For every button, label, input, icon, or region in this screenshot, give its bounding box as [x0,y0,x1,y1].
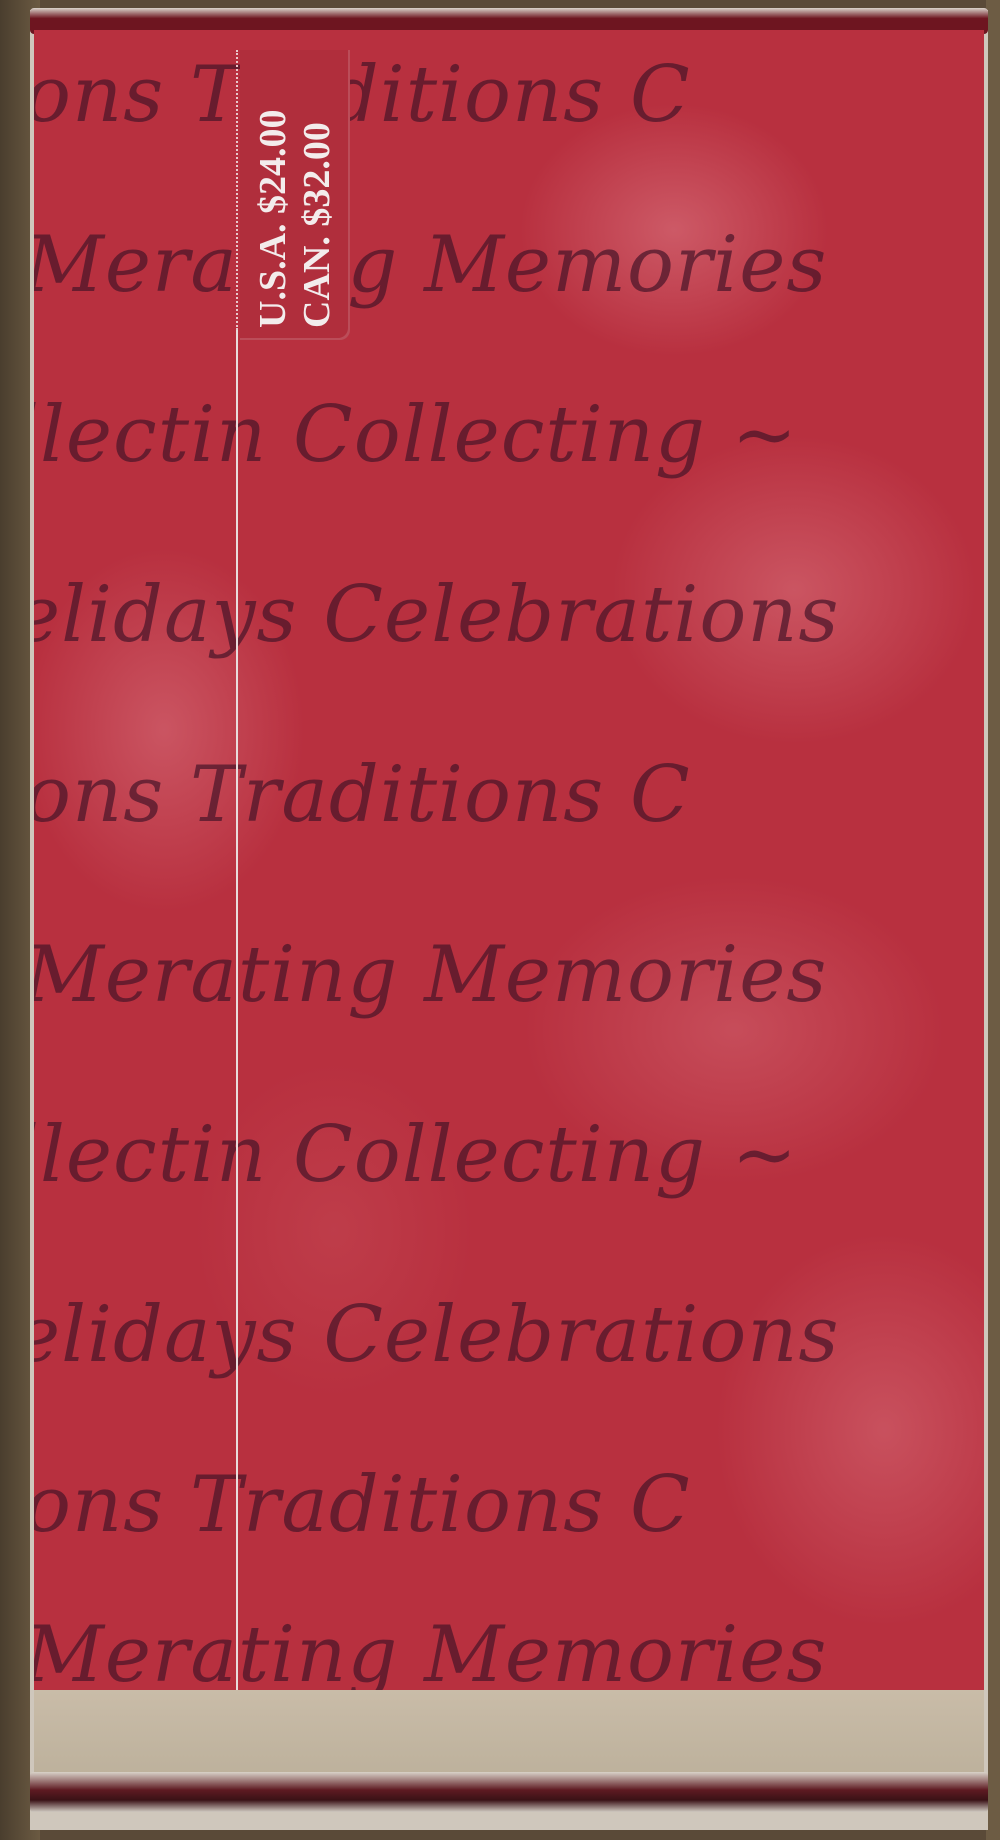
pattern-row: llectin Collecting ~ [34,390,798,480]
pattern-row: ons Traditions C [34,50,691,140]
pattern-row: llectin Collecting ~ [34,1110,798,1200]
price-can: CAN. $32.00 [295,50,339,328]
flap-fold-line [236,330,238,1740]
pattern-row: Merating Memories [34,220,827,310]
box-bottom-edge [30,1772,988,1812]
pattern-row: ons Traditions C [34,1460,691,1550]
price-tag: U.S.A. $24.00 CAN. $32.00 [240,50,350,340]
pattern-row: Merating Memories [34,930,827,1020]
pattern-row: elidays Celebrations [34,1290,840,1380]
pattern-row: elidays Celebrations [34,570,840,660]
price-usa: U.S.A. $24.00 [251,50,295,328]
pattern-row: Merating Memories [34,1610,827,1690]
box-bottom-band [34,1690,984,1775]
background-right [986,0,1000,1840]
pattern-row: ons Traditions C [34,750,691,840]
price-text-block: U.S.A. $24.00 CAN. $32.00 [240,50,350,340]
box-face: ons Traditions C Merating Memories llect… [34,30,984,1690]
